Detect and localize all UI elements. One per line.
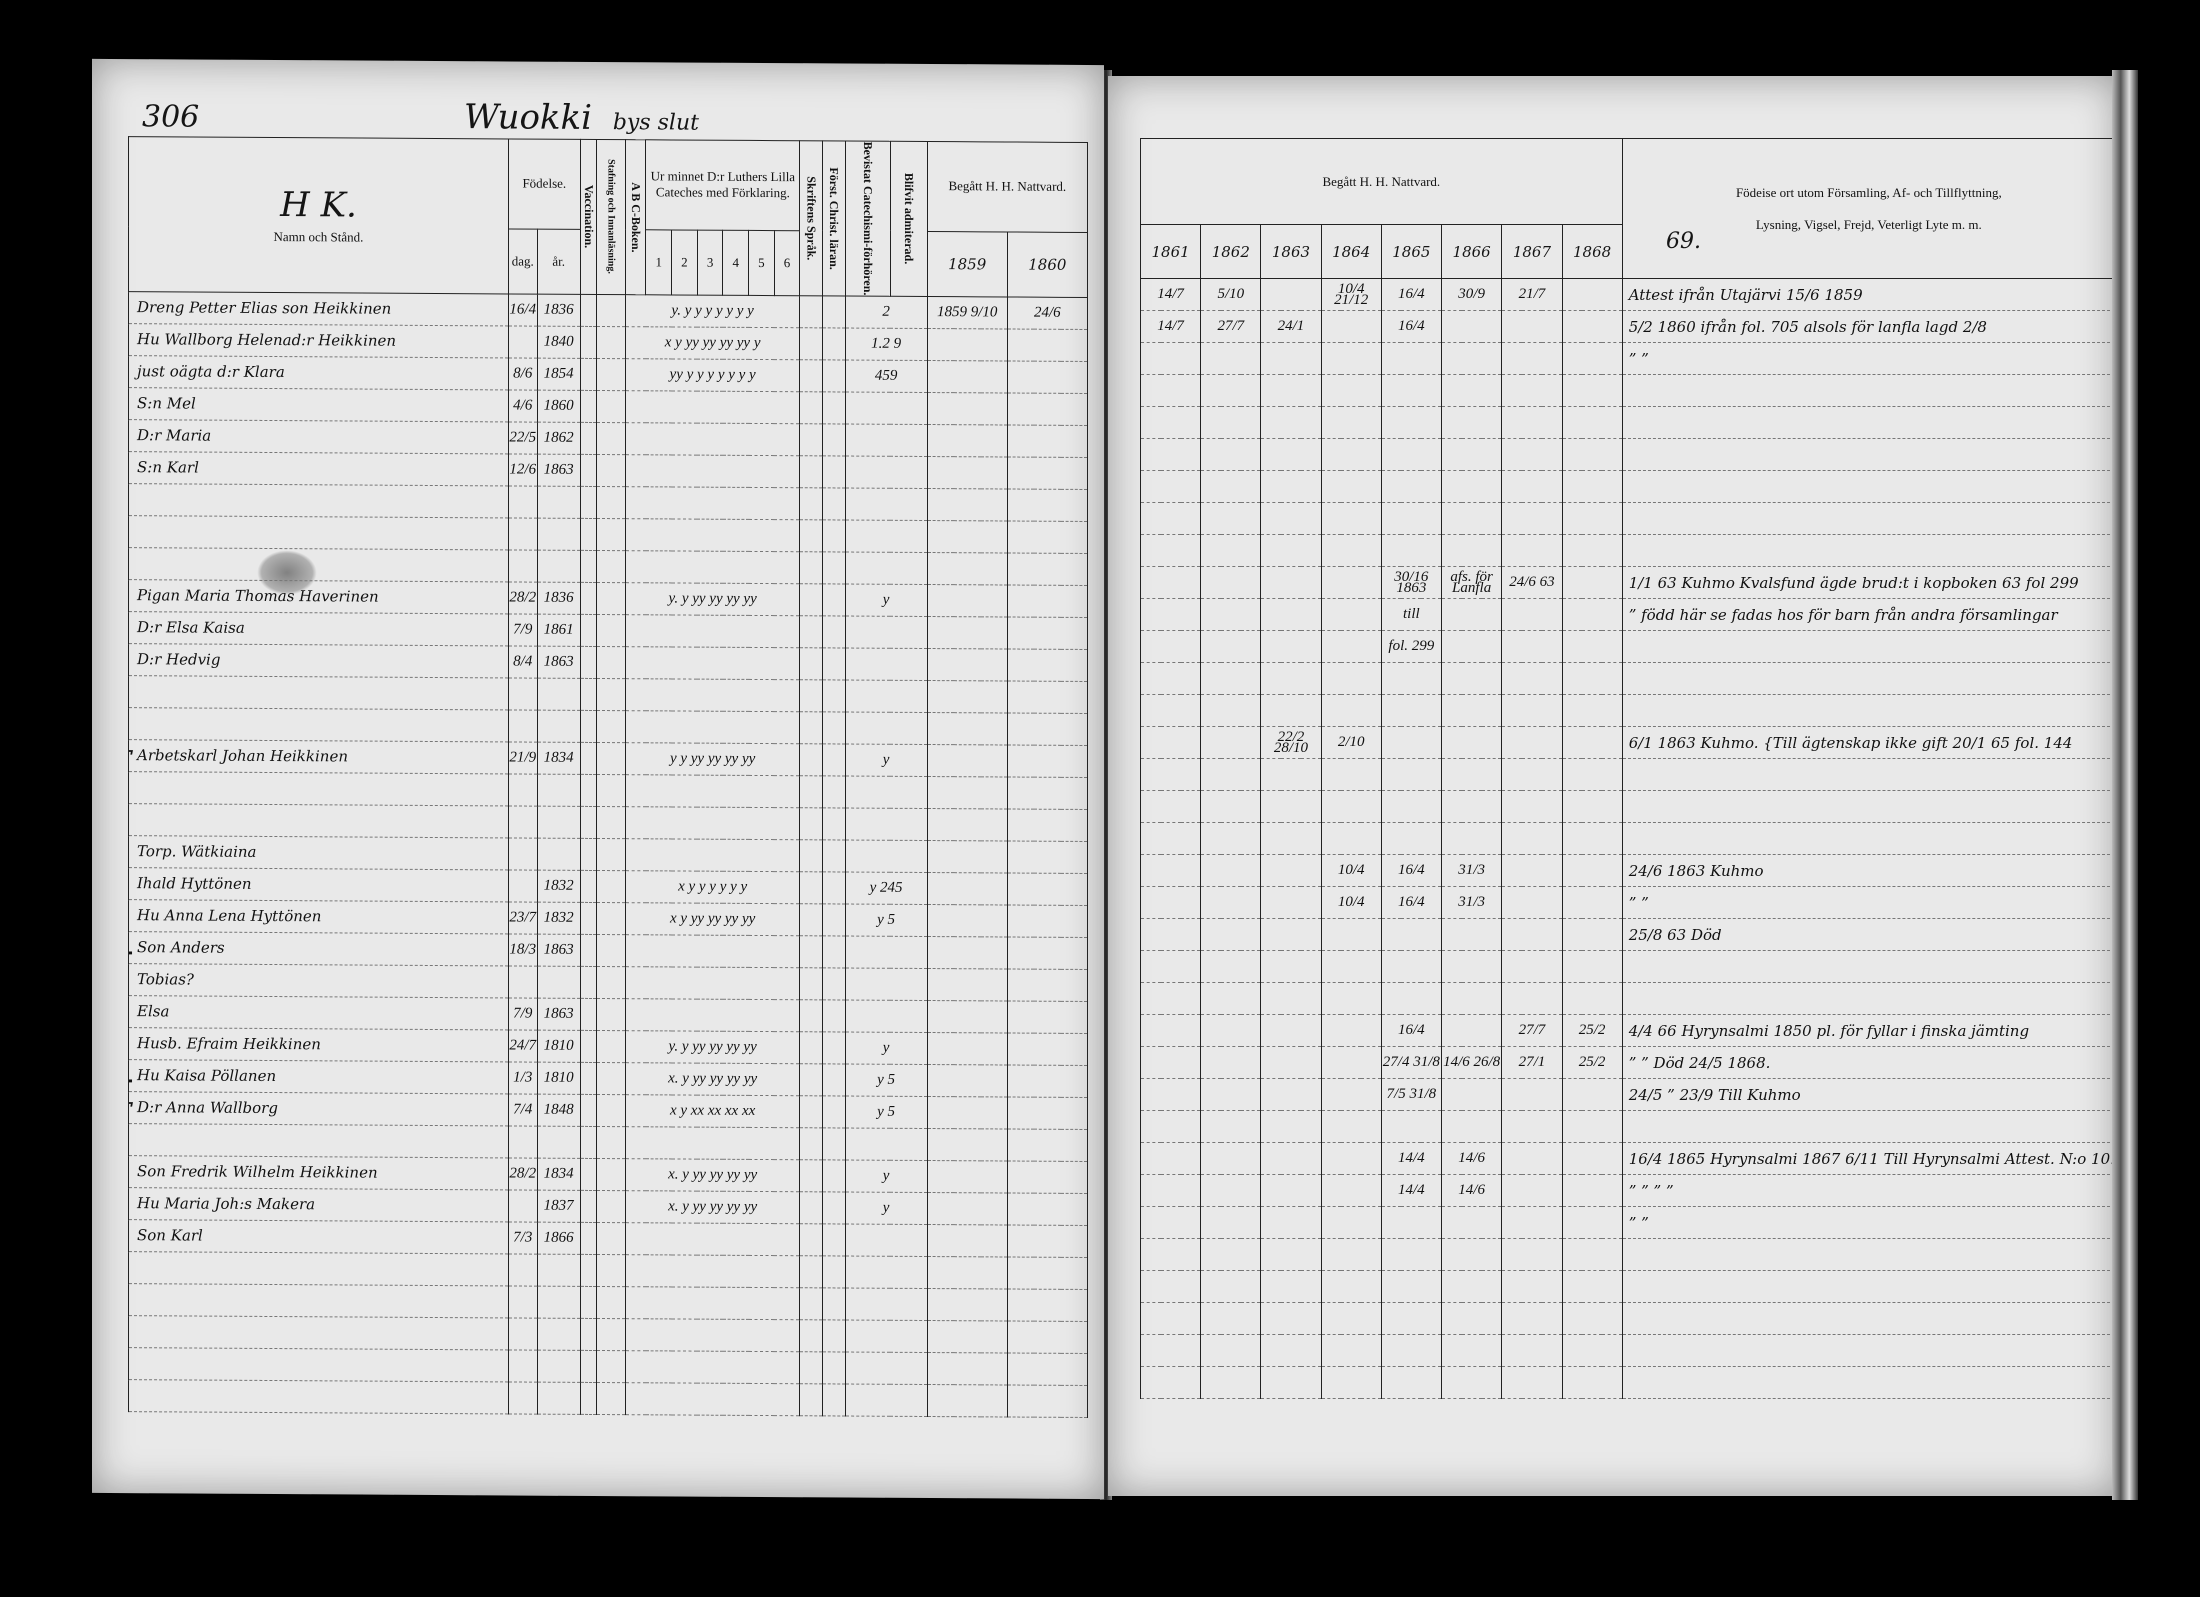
communion-year-1861: 1861 [1141,225,1201,279]
birth-day: 1/3 [508,1062,537,1094]
communion-1866 [1441,599,1501,631]
communion-1865 [1381,343,1441,375]
birth-year: 1836 [537,582,580,614]
communion-1860 [1007,617,1087,649]
communion-1860 [1007,553,1087,585]
register-row: 30/16 1863afs. för Lanfla24/6 631/1 63 K… [1141,567,2116,599]
birth-day [508,774,537,806]
remark [1622,1367,2115,1399]
communion-1865: 7/5 31/8 [1381,1079,1441,1111]
communion-1861 [1141,407,1201,439]
communion-1862 [1201,887,1261,919]
name-column-label: Namn och Stånd. [129,228,508,246]
person-name: Hu Wallborg Helenad:r Heikkinen [129,323,509,357]
communion-1861 [1141,1015,1201,1047]
birth-day [508,1254,537,1286]
birth-year [537,966,580,998]
communion-1862 [1201,1143,1261,1175]
birth-day [508,1126,537,1158]
communion-1866 [1441,791,1501,823]
communion-1863 [1261,535,1321,567]
reading-marks [625,1318,799,1351]
exam-notes [845,1384,927,1417]
communion-1860 [1007,905,1087,937]
extra-year-annotation: 69. [1666,229,1701,254]
person-name [129,1315,509,1349]
communion-1863 [1261,887,1321,919]
communion-1867 [1502,1271,1562,1303]
communion-1867: 27/7 [1502,1015,1562,1047]
communion-1865 [1381,535,1441,567]
exam-notes [845,1288,927,1321]
person-name: (Son Karl [129,1219,509,1253]
person-name: FArbetskarl Johan Heikkinen [129,739,509,773]
communion-1862 [1201,1111,1261,1143]
exam-notes [845,648,927,681]
communion-1859 [927,712,1007,744]
communion-1863 [1261,919,1321,951]
communion-1866 [1441,1079,1501,1111]
birth-day [508,678,537,710]
communion-1865: 30/16 1863 [1381,567,1441,599]
communion-1863 [1261,759,1321,791]
communion-1868 [1562,663,1622,695]
register-row [1141,1367,2116,1399]
birth-day: 8/6 [508,358,537,390]
birth-year: 1866 [537,1222,580,1254]
communion-1865 [1381,439,1441,471]
communion-1862 [1201,631,1261,663]
communion-1859 [927,1032,1007,1064]
birth-year: 1834 [537,742,580,774]
reading-marks [625,966,799,999]
register-row [1141,439,2116,471]
remark [1622,951,2115,983]
communion-1868 [1562,791,1622,823]
communion-1865: 16/4 [1381,311,1441,343]
reading-marks [625,774,799,807]
communion-1866 [1441,471,1501,503]
right-register-table: Begått H. H. Nattvard. Födeise ort utom … [1140,138,2116,1399]
communion-1861 [1141,343,1201,375]
communion-1861 [1141,983,1201,1015]
birth-year: 1837 [537,1190,580,1222]
communion-1868 [1562,695,1622,727]
communion-1866 [1441,823,1501,855]
communion-1862 [1201,567,1261,599]
remark [1622,407,2115,439]
birth-year: 1834 [537,1158,580,1190]
communion-1866: 14/6 [1441,1143,1501,1175]
communion-1859 [927,552,1007,584]
communion-1860 [1007,873,1087,905]
communion-1865 [1381,791,1441,823]
communion-1863 [1261,1015,1321,1047]
communion-1866: 14/6 26/8 [1441,1047,1501,1079]
birth-day [508,1286,537,1318]
communion-1862 [1201,1207,1261,1239]
communion-year-1865: 1865 [1381,225,1441,279]
exam-notes [845,520,927,553]
communion-1863 [1261,855,1321,887]
catechism-part-3: 3 [697,230,723,295]
communion-1863 [1261,1047,1321,1079]
communion-1859 [927,648,1007,680]
reading-marks [625,1350,799,1383]
name-column-header: H K. Namn och Stånd. [129,137,509,294]
catechism-part-4: 4 [723,230,749,295]
communion-1865 [1381,983,1441,1015]
communion-1867 [1502,1175,1562,1207]
register-row [1141,791,2116,823]
communion-1867 [1502,1303,1562,1335]
communion-1862 [1201,1303,1261,1335]
birth-year: 1860 [537,390,580,422]
person-name [129,515,509,549]
communion-1861 [1141,599,1201,631]
person-name: D:r Elsa Kaisa [129,611,509,645]
communion-1859 [927,488,1007,520]
birth-year: 1863 [537,454,580,486]
communion-1864 [1321,951,1381,983]
margin-mark: F [129,1098,132,1125]
remarks-header: Födeise ort utom Församling, Af- och Til… [1622,139,2115,279]
reading-marks [625,614,799,647]
birth-year: 1863 [537,646,580,678]
communion-1864 [1321,919,1381,951]
communion-1866 [1441,951,1501,983]
birth-year [537,486,580,518]
reading-marks [625,838,799,871]
communion-1863 [1261,279,1321,311]
reading-marks [625,678,799,711]
birth-day [508,1382,537,1414]
exam-notes [845,1352,927,1385]
person-name: [Pigan Maria Thomas Haverinen [129,579,509,613]
remark [1622,439,2115,471]
person-name: S:n Mel [129,387,509,421]
communion-1861 [1141,759,1201,791]
reading-marks [625,1126,799,1159]
communion-1861 [1141,823,1201,855]
catechism-exams-header: Bevistat Catechismi-förhören. [845,141,890,296]
household-initials: H K. [129,184,508,226]
communion-1864: 10/4 [1321,855,1381,887]
communion-1862 [1201,375,1261,407]
reading-marks [625,710,799,743]
reading-marks [625,1382,799,1415]
admitted-header: Blifvit admiterad. [890,141,927,296]
exam-notes [845,712,927,745]
communion-year-1864: 1864 [1321,225,1381,279]
communion-1860 [1007,1033,1087,1065]
communion-1867: 24/6 63 [1502,567,1562,599]
person-name [129,547,509,581]
birth-day [508,806,537,838]
communion-1861 [1141,439,1201,471]
reading-marks: y y yy yy yy yy [625,742,799,775]
book-page-edges [2112,70,2138,1500]
communion-1859 [927,1352,1007,1384]
communion-1859 [927,328,1007,360]
birth-day: 4/6 [508,390,537,422]
exam-notes [845,680,927,713]
communion-year-1860: 1860 [1007,232,1087,298]
birth-year: 1810 [537,1030,580,1062]
communion-1867 [1502,471,1562,503]
village-title: Wuokki [464,97,592,138]
reading-marks [625,1254,799,1287]
birth-year [537,1286,580,1318]
register-row: 10/416/431/3” ” [1141,887,2116,919]
communion-1868 [1562,631,1622,663]
remark [1622,791,2115,823]
communion-1864 [1321,1303,1381,1335]
communion-1868 [1562,919,1622,951]
communion-1859 [927,904,1007,936]
communion-1866 [1441,1207,1501,1239]
communion-1866 [1441,663,1501,695]
communion-1860 [1007,1097,1087,1129]
exam-notes: y [845,1192,927,1225]
communion-1861 [1141,951,1201,983]
communion-1865 [1381,1271,1441,1303]
communion-1860 [1007,489,1087,521]
communion-1867: 21/7 [1502,279,1562,311]
communion-1863 [1261,983,1321,1015]
communion-1868 [1562,567,1622,599]
register-row [1141,1303,2116,1335]
remark [1622,471,2115,503]
remark [1622,535,2115,567]
communion-1864 [1321,311,1381,343]
birth-day [508,326,537,358]
communion-1867 [1502,695,1562,727]
communion-1866: 14/6 [1441,1175,1501,1207]
communion-1862 [1201,535,1261,567]
communion-1865: fol. 299 [1381,631,1441,663]
person-name [129,483,509,517]
communion-1866 [1441,375,1501,407]
register-row: ” ” [1141,1207,2116,1239]
communion-1865 [1381,471,1441,503]
birth-year [537,1318,580,1350]
register-row [1141,663,2116,695]
communion-1860 [1007,713,1087,745]
catechism-header: Ur minnet D:r Luthers Lilla Cateches med… [646,140,800,231]
exam-notes [845,616,927,649]
communion-1859 [927,840,1007,872]
birth-year [537,678,580,710]
communion-1861 [1141,1367,1201,1399]
communion-1862 [1201,439,1261,471]
exam-notes [845,456,927,489]
person-name: FD:r Anna Wallborg [129,1091,509,1125]
communion-1868 [1562,279,1622,311]
communion-1867 [1502,631,1562,663]
exam-notes [845,1128,927,1161]
birth-day-header: dag. [508,229,537,294]
birth-header: Födelse. [508,139,580,229]
birth-day: 23/7 [508,902,537,934]
communion-1864 [1321,375,1381,407]
communion-1864 [1321,695,1381,727]
communion-1859 [927,1064,1007,1096]
communion-1866 [1441,439,1501,471]
remark [1622,759,2115,791]
reading-marks: x. y yy yy yy yy [625,1062,799,1095]
communion-year-1863: 1863 [1261,225,1321,279]
communion-1861 [1141,919,1201,951]
remark [1622,663,2115,695]
communion-1868 [1562,1143,1622,1175]
communion-1859 [927,1096,1007,1128]
register-row: 22/2 28/102/106/1 1863 Kuhmo. {Till ägte… [1141,727,2116,759]
communion-1860 [1007,681,1087,713]
register-row [1141,983,2116,1015]
birth-year-header: år. [537,229,580,294]
communion-1862 [1201,343,1261,375]
reading-marks: y. y y y y y y y [625,294,799,327]
communion-1862 [1201,471,1261,503]
reading-marks [625,390,799,423]
exam-notes [845,552,927,585]
register-row [1141,375,2116,407]
birth-day: 8/4 [508,646,537,678]
register-row [1141,1111,2116,1143]
remark: 6/1 1863 Kuhmo. {Till ägtenskap ikke gif… [1622,727,2115,759]
exam-notes: y [845,1032,927,1065]
person-name: Tobias? [129,963,509,997]
exam-notes [845,392,927,425]
communion-1860 [1007,1193,1087,1225]
remark: 25/8 63 Död [1622,919,2115,951]
communion-1863 [1261,951,1321,983]
register-row: 14/75/1010/4 21/1216/430/921/7Attest ifr… [1141,279,2116,311]
communion-1866 [1441,631,1501,663]
remark [1622,695,2115,727]
remark: ” ” [1622,887,2115,919]
communion-1861 [1141,1271,1201,1303]
communion-header-right: Begått H. H. Nattvard. [1141,139,1623,225]
communion-1867 [1502,1207,1562,1239]
communion-1866: 31/3 [1441,887,1501,919]
register-row: 10/416/431/324/6 1863 Kuhmo [1141,855,2116,887]
communion-1860 [1007,329,1087,361]
margin-mark: F [129,746,132,773]
register-row [129,1379,1088,1417]
left-register-table: H K. Namn och Stånd. Födelse. Vaccinatio… [128,136,1088,1418]
communion-1861 [1141,1207,1201,1239]
person-name: Elsa [129,995,509,1029]
register-row [1141,1271,2116,1303]
communion-1866 [1441,695,1501,727]
communion-1862 [1201,599,1261,631]
communion-1868 [1562,1271,1622,1303]
left-register-body: Dreng Petter Elias son Heikkinen16/41836… [129,291,1088,1417]
communion-1859 [927,584,1007,616]
communion-1859 [927,1224,1007,1256]
birth-year [537,1382,580,1414]
communion-1867 [1502,727,1562,759]
communion-1861 [1141,1239,1201,1271]
communion-1866 [1441,407,1501,439]
exam-notes: y [845,1160,927,1193]
communion-1859 [927,1384,1007,1416]
communion-1862 [1201,1239,1261,1271]
communion-1862 [1201,983,1261,1015]
remark: 24/6 1863 Kuhmo [1622,855,2115,887]
communion-1861 [1141,887,1201,919]
register-row: fol. 299 [1141,631,2116,663]
birth-day: 7/9 [508,614,537,646]
exam-notes [845,488,927,521]
communion-1867 [1502,1079,1562,1111]
communion-1861 [1141,471,1201,503]
communion-1867 [1502,823,1562,855]
communion-1864 [1321,535,1381,567]
birth-day [508,710,537,742]
birth-day [508,550,537,582]
person-name: Hu Anna Lena Hyttönen [129,899,509,933]
communion-year-1867: 1867 [1502,225,1562,279]
communion-1862 [1201,1015,1261,1047]
communion-1859 [927,936,1007,968]
person-name: +Son Anders [129,931,509,965]
reading-header: Stafning och Innanläsning. [597,139,626,294]
communion-1868 [1562,759,1622,791]
birth-day: 28/2 [508,582,537,614]
birth-year: 1836 [537,294,580,326]
vaccination-header: Vaccination. [580,139,596,294]
communion-1863 [1261,375,1321,407]
reading-marks [625,806,799,839]
communion-1860 [1007,1257,1087,1289]
birth-year: 1810 [537,1062,580,1094]
remark: 1/1 63 Kuhmo Kvalsfund ägde brud:t i kop… [1622,567,2115,599]
communion-1860 [1007,809,1087,841]
communion-1863 [1261,1239,1321,1271]
birth-year [537,1254,580,1286]
communion-1868 [1562,407,1622,439]
communion-1868 [1562,855,1622,887]
christian-doctrine-header: Först. Christ. läran. [822,141,845,296]
birth-day: 16/4 [508,294,537,326]
register-row: 14/414/6” ” ” ” [1141,1175,2116,1207]
reading-marks: x. y yy yy yy yy [625,1158,799,1191]
communion-1867 [1502,535,1562,567]
catechism-part-1: 1 [646,229,672,294]
person-name [129,675,509,709]
communion-1868: 25/2 [1562,1047,1622,1079]
reading-marks: y. y yy yy yy yy [625,1030,799,1063]
communion-1867 [1502,311,1562,343]
communion-1868 [1562,1207,1622,1239]
communion-1861: 14/7 [1141,311,1201,343]
register-row: 14/414/616/4 1865 Hyrynsalmi 1867 6/11 T… [1141,1143,2116,1175]
communion-1862 [1201,1079,1261,1111]
communion-1865: 14/4 [1381,1143,1441,1175]
person-name: Dreng Petter Elias son Heikkinen [129,291,509,325]
communion-1859 [927,1288,1007,1320]
birth-year [537,1126,580,1158]
communion-1866 [1441,1271,1501,1303]
communion-1859 [927,680,1007,712]
birth-year [537,774,580,806]
communion-1868 [1562,983,1622,1015]
communion-1865 [1381,1111,1441,1143]
register-row [1141,503,2116,535]
